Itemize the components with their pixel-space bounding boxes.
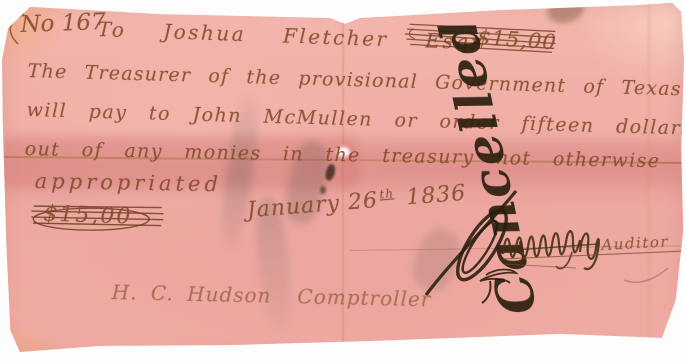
comptroller-line: H. C. HudsonComptroller xyxy=(111,280,431,311)
body-line-1: The Treasurer of the provisional Governm… xyxy=(27,60,682,100)
vertical-crease-line-right xyxy=(648,0,650,361)
amount-bottom-value: $15,00 xyxy=(43,201,133,229)
warrant-paper: No 167 To Joshua Fletcher Esqr $15,00 Th… xyxy=(0,0,686,361)
body-line-4: appropriated xyxy=(35,169,223,196)
ink-stain xyxy=(544,0,587,27)
scanned-treasury-warrant: No 167 To Joshua Fletcher Esqr $15,00 Th… xyxy=(0,0,686,361)
comptroller-name: H. C. Hudson xyxy=(111,280,271,308)
auditor-flourish-arc xyxy=(624,266,670,290)
date-ordinal: th xyxy=(379,186,395,201)
warrant-number: No 167 xyxy=(20,9,106,38)
amount-bottom-struck: $15,00 xyxy=(29,197,168,242)
date-month-day: January 26 xyxy=(246,188,379,223)
comptroller-title: Comptroller xyxy=(297,284,431,311)
auditor-title: Auditor xyxy=(601,232,669,254)
body-line-2: will pay to John McMullen or order fifte… xyxy=(26,99,686,140)
ink-smear xyxy=(334,347,362,354)
